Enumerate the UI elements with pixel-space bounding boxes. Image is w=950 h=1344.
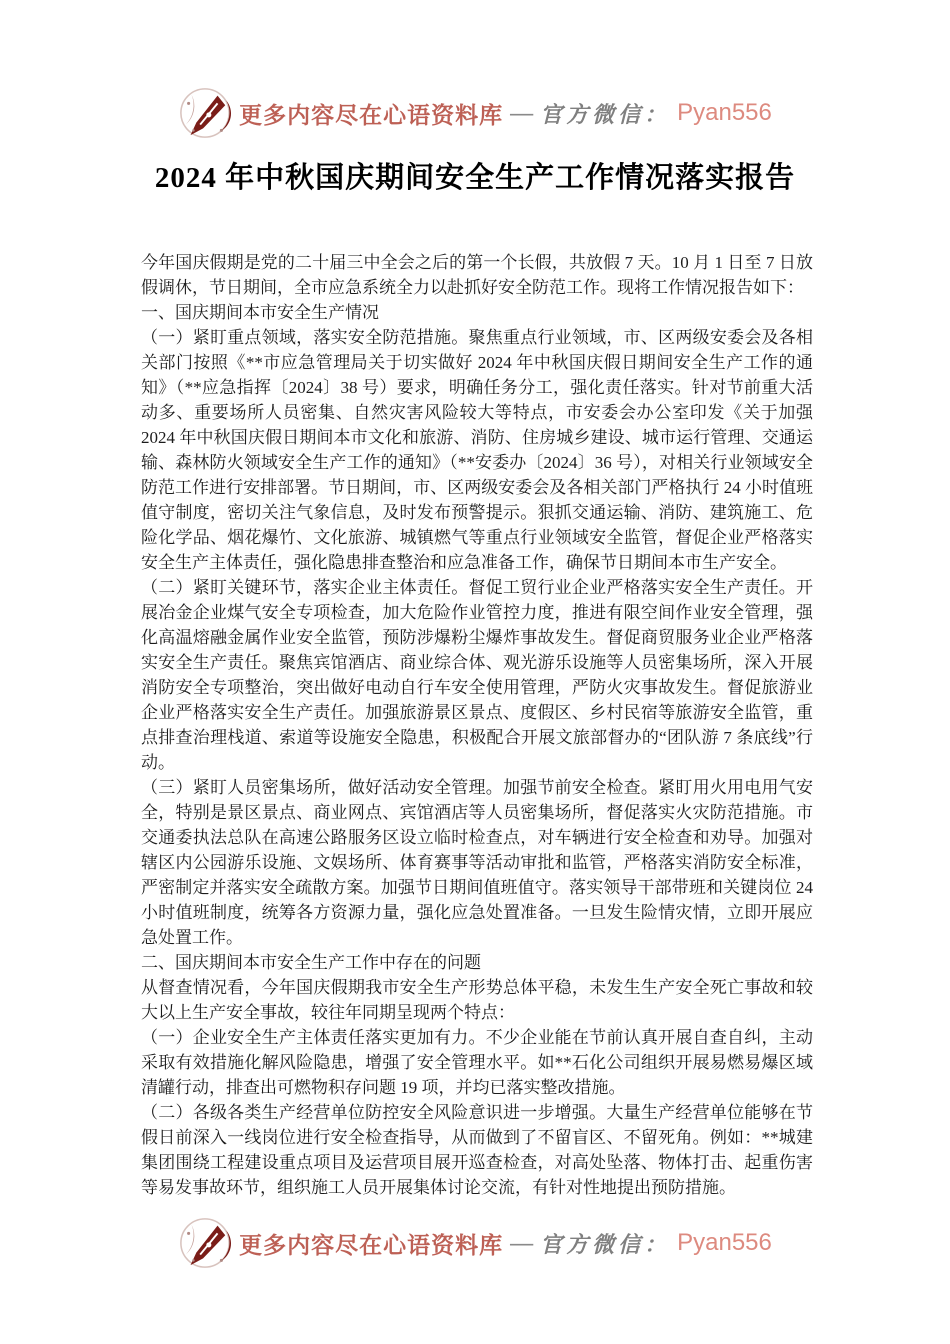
banner-dash: — bbox=[510, 100, 533, 126]
banner-dash: — bbox=[510, 1230, 533, 1256]
pen-nib-logo-icon bbox=[178, 86, 232, 140]
paragraph-1-1: （一）紧盯重点领域，落实安全防范措施。聚焦重点行业领域，市、区两级安委会及各相关… bbox=[141, 325, 813, 575]
pen-nib-logo-icon bbox=[178, 1216, 232, 1270]
promo-banner-top: 更多内容尽在心语资料库—官方微信：Pyan556 bbox=[0, 84, 950, 142]
paragraph-2-1: （一）企业安全生产主体责任落实更加有力。不少企业能在节前认真开展自查自纠，主动采… bbox=[141, 1025, 813, 1100]
banner-brand-text: 更多内容尽在心语资料库 bbox=[239, 97, 503, 130]
paragraph-1-3: （三）紧盯人员密集场所，做好活动安全管理。加强节前安全检查。紧盯用火用电用气安全… bbox=[141, 775, 813, 950]
promo-banner-bottom: 更多内容尽在心语资料库—官方微信：Pyan556 bbox=[0, 1214, 950, 1272]
paragraph-2-intro: 从督查情况看，今年国庆假期我市安全生产形势总体平稳，未发生生产安全死亡事故和较大… bbox=[141, 975, 813, 1025]
heading-section-2: 二、国庆期间本市安全生产工作中存在的问题 bbox=[141, 950, 813, 975]
document-body: 今年国庆假期是党的二十届三中全会之后的第一个长假，共放假 7 天。10 月 1 … bbox=[141, 250, 813, 1200]
banner-wechat-id: Pyan556 bbox=[677, 99, 772, 127]
banner-wechat-label: 官方微信： bbox=[540, 1228, 670, 1259]
banner-wechat-id: Pyan556 bbox=[677, 1229, 772, 1257]
paragraph-1-2: （二）紧盯关键环节，落实企业主体责任。督促工贸行业企业严格落实安全生产责任。开展… bbox=[141, 575, 813, 775]
document-page: 更多内容尽在心语资料库—官方微信：Pyan556 2024 年中秋国庆期间安全生… bbox=[0, 0, 950, 1344]
banner-wechat-label: 官方微信： bbox=[540, 98, 670, 129]
paragraph-2-2: （二）各级各类生产经营单位防控安全风险意识进一步增强。大量生产经营单位能够在节假… bbox=[141, 1100, 813, 1200]
document-title: 2024 年中秋国庆期间安全生产工作情况落实报告 bbox=[0, 156, 950, 200]
banner-brand-text: 更多内容尽在心语资料库 bbox=[239, 1227, 503, 1260]
paragraph-intro: 今年国庆假期是党的二十届三中全会之后的第一个长假，共放假 7 天。10 月 1 … bbox=[141, 250, 813, 300]
heading-section-1: 一、国庆期间本市安全生产情况 bbox=[141, 300, 813, 325]
